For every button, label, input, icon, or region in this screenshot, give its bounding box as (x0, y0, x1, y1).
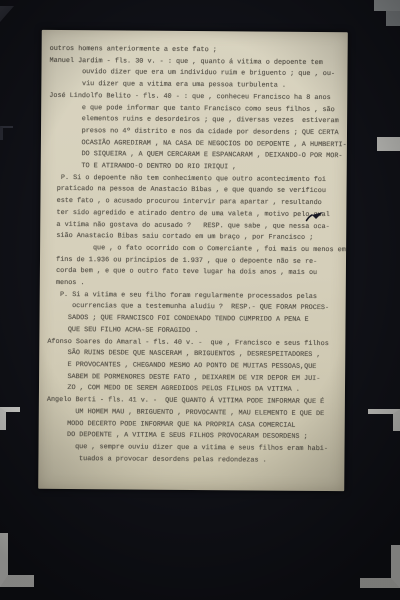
film-corner-mark-top-left (0, 6, 14, 22)
pen-mark-annotation-icon (305, 209, 325, 223)
film-bracket-mark-left (0, 407, 20, 430)
film-tab-mark-right (377, 137, 400, 151)
document-text: outros homens anteriormente a este fato … (46, 44, 343, 487)
film-bracket-mark-bottom-left (0, 533, 34, 587)
film-edge-mark-left (0, 126, 13, 140)
film-bracket-mark-bottom-right (360, 545, 400, 588)
photo-of-document: outros homens anteriormente a este fato … (0, 0, 400, 600)
film-block-mark-top-right-2 (386, 11, 400, 26)
film-block-mark-top-right (374, 0, 400, 11)
typewritten-page: outros homens anteriormente a este fato … (38, 30, 348, 491)
film-bracket-mark-right (368, 409, 400, 431)
